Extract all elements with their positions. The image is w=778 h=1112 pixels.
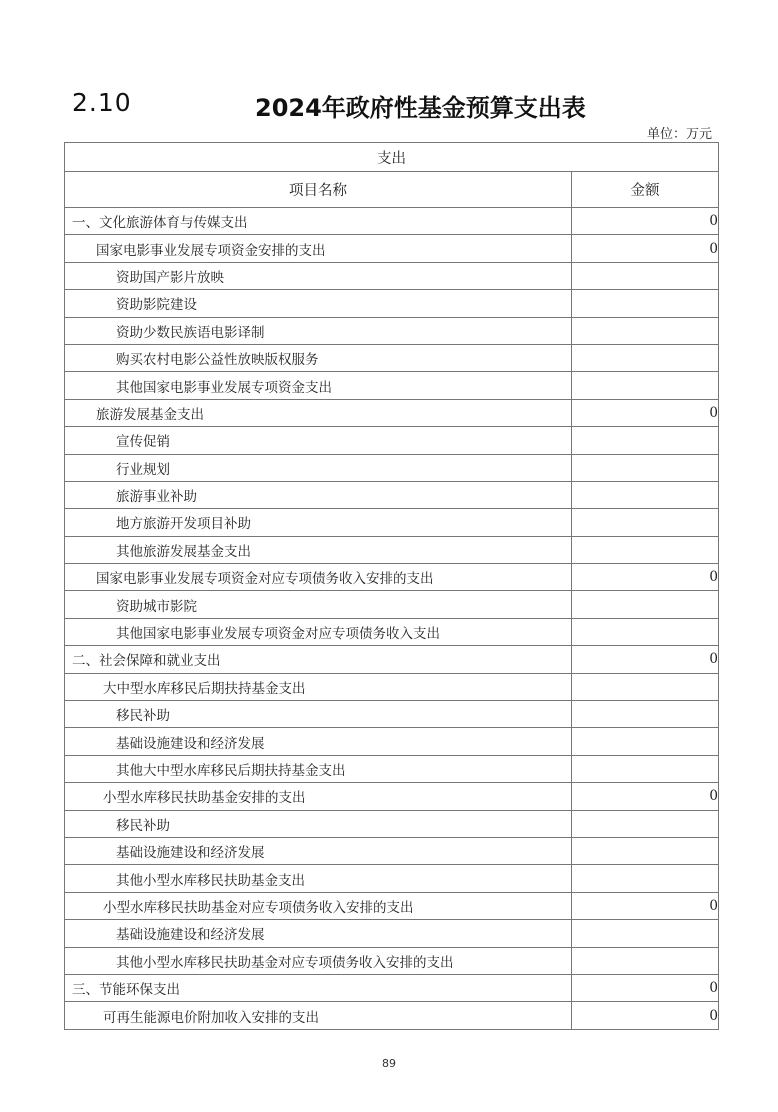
table-row: 行业规划 [65, 454, 719, 481]
table-row: 其他国家电影事业发展专项资金支出 [65, 372, 719, 399]
row-amount [572, 701, 719, 728]
unit-label: 单位：万元 [647, 123, 712, 142]
row-name: 三、节能环保支出 [65, 974, 572, 1001]
table-row: 可再生能源电价附加收入安排的支出0 [65, 1002, 719, 1029]
row-amount: 0 [572, 892, 719, 919]
row-amount [572, 481, 719, 508]
row-name: 小型水库移民扶助基金对应专项债务收入安排的支出 [65, 892, 572, 919]
table-row: 资助影院建设 [65, 290, 719, 317]
row-amount [572, 262, 719, 289]
row-name: 可再生能源电价附加收入安排的支出 [65, 1002, 572, 1029]
row-amount: 0 [572, 646, 719, 673]
column-header-item-name: 项目名称 [65, 172, 572, 208]
row-amount [572, 509, 719, 536]
row-amount: 0 [572, 235, 719, 262]
table-row: 移民补助 [65, 701, 719, 728]
row-amount [572, 728, 719, 755]
row-name: 其他大中型水库移民后期扶持基金支出 [65, 755, 572, 782]
table-row: 资助城市影院 [65, 591, 719, 618]
group-header-expenditure: 支出 [65, 143, 719, 172]
row-amount [572, 618, 719, 645]
row-name: 基础设施建设和经济发展 [65, 837, 572, 864]
column-header-amount: 金额 [572, 172, 719, 208]
table-row: 旅游发展基金支出0 [65, 399, 719, 426]
table-row: 三、节能环保支出0 [65, 974, 719, 1001]
row-amount: 0 [572, 208, 719, 235]
row-name: 旅游发展基金支出 [65, 399, 572, 426]
row-amount: 0 [572, 1002, 719, 1029]
table-row: 基础设施建设和经济发展 [65, 920, 719, 947]
table-row: 小型水库移民扶助基金安排的支出0 [65, 783, 719, 810]
table-row: 国家电影事业发展专项资金安排的支出0 [65, 235, 719, 262]
row-name: 旅游事业补助 [65, 481, 572, 508]
row-amount: 0 [572, 564, 719, 591]
table-row: 地方旅游开发项目补助 [65, 509, 719, 536]
table-row: 大中型水库移民后期扶持基金支出 [65, 673, 719, 700]
table-column-header-row: 项目名称 金额 [65, 172, 719, 208]
section-number: 2.10 [72, 88, 132, 117]
table-row: 宣传促销 [65, 427, 719, 454]
table-group-header-row: 支出 [65, 143, 719, 172]
row-amount [572, 290, 719, 317]
row-amount [572, 591, 719, 618]
row-amount [572, 947, 719, 974]
table-row: 基础设施建设和经济发展 [65, 837, 719, 864]
row-amount [572, 344, 719, 371]
table-row: 其他旅游发展基金支出 [65, 536, 719, 563]
row-name: 移民补助 [65, 810, 572, 837]
row-name: 资助少数民族语电影译制 [65, 317, 572, 344]
table-row: 旅游事业补助 [65, 481, 719, 508]
table-row: 资助国产影片放映 [65, 262, 719, 289]
row-name: 其他国家电影事业发展专项资金支出 [65, 372, 572, 399]
row-name: 资助影院建设 [65, 290, 572, 317]
table-row: 其他大中型水库移民后期扶持基金支出 [65, 755, 719, 782]
row-amount [572, 865, 719, 892]
row-name: 地方旅游开发项目补助 [65, 509, 572, 536]
row-amount: 0 [572, 783, 719, 810]
table-row: 基础设施建设和经济发展 [65, 728, 719, 755]
row-amount [572, 536, 719, 563]
row-amount [572, 454, 719, 481]
row-name: 其他小型水库移民扶助基金对应专项债务收入安排的支出 [65, 947, 572, 974]
page-number: 89 [0, 1057, 778, 1070]
row-amount [572, 427, 719, 454]
page-title: 2024年政府性基金预算支出表 [255, 88, 575, 123]
row-amount [572, 837, 719, 864]
row-amount [572, 372, 719, 399]
budget-expenditure-table: 支出 项目名称 金额 一、文化旅游体育与传媒支出0 国家电影事业发展专项资金安排… [64, 142, 719, 1030]
table-row: 其他小型水库移民扶助基金支出 [65, 865, 719, 892]
row-amount: 0 [572, 399, 719, 426]
row-name: 购买农村电影公益性放映版权服务 [65, 344, 572, 371]
row-amount [572, 920, 719, 947]
row-name: 宣传促销 [65, 427, 572, 454]
row-name: 资助城市影院 [65, 591, 572, 618]
row-amount [572, 317, 719, 344]
row-name: 国家电影事业发展专项资金安排的支出 [65, 235, 572, 262]
row-name: 基础设施建设和经济发展 [65, 728, 572, 755]
row-name: 移民补助 [65, 701, 572, 728]
table-row: 其他小型水库移民扶助基金对应专项债务收入安排的支出 [65, 947, 719, 974]
table-row: 其他国家电影事业发展专项资金对应专项债务收入支出 [65, 618, 719, 645]
table-row: 资助少数民族语电影译制 [65, 317, 719, 344]
table-row: 二、社会保障和就业支出0 [65, 646, 719, 673]
row-name: 二、社会保障和就业支出 [65, 646, 572, 673]
table-row: 购买农村电影公益性放映版权服务 [65, 344, 719, 371]
row-name: 一、文化旅游体育与传媒支出 [65, 208, 572, 235]
row-name: 大中型水库移民后期扶持基金支出 [65, 673, 572, 700]
row-amount [572, 673, 719, 700]
row-amount [572, 810, 719, 837]
row-name: 其他小型水库移民扶助基金支出 [65, 865, 572, 892]
table-row: 国家电影事业发展专项资金对应专项债务收入安排的支出0 [65, 564, 719, 591]
row-name: 其他旅游发展基金支出 [65, 536, 572, 563]
row-name: 基础设施建设和经济发展 [65, 920, 572, 947]
row-name: 行业规划 [65, 454, 572, 481]
row-amount [572, 755, 719, 782]
row-name: 国家电影事业发展专项资金对应专项债务收入安排的支出 [65, 564, 572, 591]
table-row: 小型水库移民扶助基金对应专项债务收入安排的支出0 [65, 892, 719, 919]
row-name: 其他国家电影事业发展专项资金对应专项债务收入支出 [65, 618, 572, 645]
row-name: 资助国产影片放映 [65, 262, 572, 289]
table-row: 一、文化旅游体育与传媒支出0 [65, 208, 719, 235]
row-amount: 0 [572, 974, 719, 1001]
table-row: 移民补助 [65, 810, 719, 837]
row-name: 小型水库移民扶助基金安排的支出 [65, 783, 572, 810]
